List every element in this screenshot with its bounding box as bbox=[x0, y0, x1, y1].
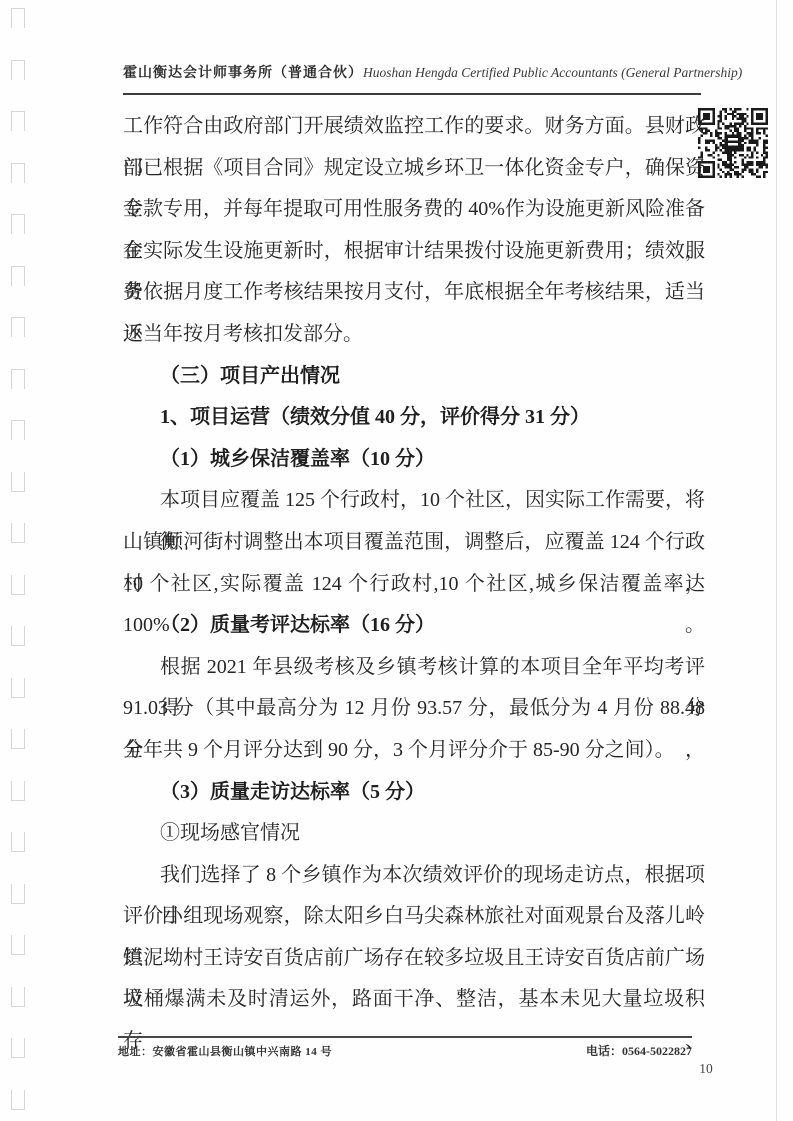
binding-hole bbox=[11, 987, 25, 1007]
text-line: 专款专用，并每年提取可用性服务费的 40%作为设施更新风险准备金， bbox=[123, 189, 705, 231]
page-number: 10 bbox=[694, 1061, 718, 1077]
text-line: 工作符合由政府部门开展绩效监控工作的要求。财务方面。县财政部 bbox=[123, 106, 705, 148]
text-line: 全年共 9 个月评分达到 90 分，3 个月评分介于 85-90 分之间）。 bbox=[123, 730, 705, 772]
binding-holes bbox=[0, 0, 40, 1121]
text-line: 烂泥坳村王诗安百货店前广场存在较多垃圾且王诗安百货店前广场垃 bbox=[123, 938, 705, 980]
binding-hole bbox=[11, 1038, 25, 1058]
binding-hole bbox=[11, 369, 25, 389]
text-line: 还当年按月考核扣发部分。 bbox=[123, 314, 705, 356]
text-line: 山镇顺河街村调整出本项目覆盖范围，调整后，应覆盖 124 个行政村， bbox=[123, 522, 705, 564]
binding-hole bbox=[11, 678, 25, 698]
footer-address: 地址：安徽省霍山县衡山镇中兴南路 14 号 bbox=[118, 1043, 332, 1059]
firm-name-en: Huoshan Hengda Certified Public Accounta… bbox=[363, 65, 742, 81]
text-line: ①现场感官情况 bbox=[123, 813, 705, 855]
binding-hole bbox=[11, 420, 25, 440]
binding-hole bbox=[11, 575, 25, 595]
text-line: 圾桶爆满未及时清运外，路面干净、整洁，基本未见大量垃圾积存、 bbox=[123, 979, 705, 1021]
page-edge-line bbox=[776, 0, 777, 1121]
text-line: 本项目应覆盖 125 个行政村，10 个社区，因实际工作需要，将衡 bbox=[123, 480, 705, 522]
text-line: 门已根据《项目合同》规定设立城乡环卫一体化资金专户，确保资金 bbox=[123, 148, 705, 190]
heading-line: （3）质量走访达标率（5 分） bbox=[123, 772, 705, 814]
binding-hole bbox=[11, 626, 25, 646]
binding-hole bbox=[11, 729, 25, 749]
text-line: 在实际发生设施更新时，根据审计结果拨付设施更新费用；绩效服务 bbox=[123, 231, 705, 273]
text-line: 91.03 分（其中最高分为 12 月份 93.57 分，最低分为 4 月份 8… bbox=[123, 688, 705, 730]
binding-hole bbox=[11, 523, 25, 543]
qr-code bbox=[698, 108, 768, 178]
binding-hole bbox=[11, 266, 25, 286]
binding-hole bbox=[11, 317, 25, 337]
text-line: 费依据月度工作考核结果按月支付，年底根据全年考核结果，适当返 bbox=[123, 272, 705, 314]
binding-hole bbox=[11, 472, 25, 492]
page-footer: 地址：安徽省霍山县衡山镇中兴南路 14 号 电话：0564-5022827 bbox=[118, 1036, 692, 1059]
text-line: 评价小组现场观察，除太阳乡白马尖森林旅社对面观景台及落儿岭镇 bbox=[123, 896, 705, 938]
heading-line: 1、项目运营（绩效分值 40 分，评价得分 31 分） bbox=[123, 397, 705, 439]
firm-name-cn: 霍山衡达会计师事务所（普通合伙） bbox=[123, 62, 363, 82]
binding-hole bbox=[11, 781, 25, 801]
heading-line: （1）城乡保洁覆盖率（10 分） bbox=[123, 439, 705, 481]
footer-phone: 电话：0564-5022827 bbox=[586, 1042, 692, 1059]
binding-hole bbox=[11, 884, 25, 904]
document-body: 工作符合由政府部门开展绩效监控工作的要求。财务方面。县财政部门已根据《项目合同》… bbox=[123, 106, 705, 1021]
heading-line: （三）项目产出情况 bbox=[123, 356, 705, 398]
binding-hole bbox=[11, 832, 25, 852]
binding-hole bbox=[11, 214, 25, 234]
binding-hole bbox=[11, 60, 25, 80]
text-line: 10 个社区,实际覆盖 124 个行政村,10 个社区,城乡保洁覆盖率达 100… bbox=[123, 564, 705, 606]
scanned-document-page: 霍山衡达会计师事务所（普通合伙） Huoshan Hengda Certifie… bbox=[0, 0, 793, 1121]
text-line: 根据 2021 年县级考核及乡镇考核计算的本项目全年平均考评得分 bbox=[123, 647, 705, 689]
binding-hole bbox=[11, 1090, 25, 1110]
header-rule bbox=[123, 93, 701, 95]
binding-hole bbox=[11, 163, 25, 183]
text-line: 我们选择了 8 个乡镇作为本次绩效评价的现场走访点，根据项目 bbox=[123, 855, 705, 897]
binding-hole bbox=[11, 935, 25, 955]
binding-hole bbox=[11, 8, 25, 28]
report-header: 霍山衡达会计师事务所（普通合伙） Huoshan Hengda Certifie… bbox=[123, 62, 701, 82]
binding-hole bbox=[11, 111, 25, 131]
